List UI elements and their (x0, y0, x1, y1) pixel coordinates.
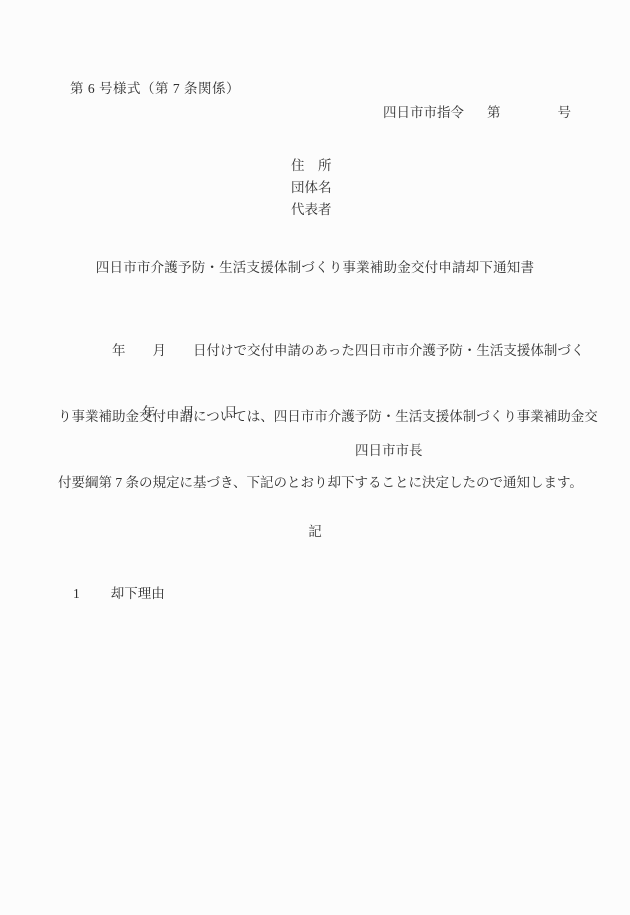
body-line-2: り事業補助金交付申請については、四日市市介護予防・生活支援体制づくり事業補助金交 (58, 406, 598, 428)
directive-go: 号 (558, 105, 572, 120)
addressee-block: 住 所 団体名 代表者 (291, 155, 332, 221)
mayor-signature: 四日市市長 (355, 439, 423, 459)
reason-number: 1 (73, 586, 80, 601)
body-paragraph: 年 月 日付けで交付申請のあった四日市市介護予防・生活支援体制づく り事業補助金… (58, 296, 598, 538)
rejection-reason-line: 1却下理由 (73, 582, 165, 602)
date-day-label: 日 (224, 405, 238, 420)
directive-dai: 第 (487, 105, 501, 120)
reason-label: 却下理由 (111, 586, 165, 601)
form-number: 第 6 号様式（第 7 条関係） (70, 77, 240, 97)
date-year-label: 年 (142, 405, 156, 420)
directive-number-line: 四日市市指令第号 (383, 101, 571, 121)
addressee-organization-label: 団体名 (291, 177, 332, 199)
document-title: 四日市市介護予防・生活支援体制づくり事業補助金交付申請却下通知書 (0, 256, 630, 276)
date-month-label: 月 (182, 405, 196, 420)
body-line-1: 年 月 日付けで交付申請のあった四日市市介護予防・生活支援体制づく (58, 340, 598, 362)
body-line-3: 付要綱第 7 条の規定に基づき、下記のとおり却下することに決定したので通知します… (58, 472, 598, 494)
issue-date-line: 年月日 (142, 401, 238, 421)
addressee-address-label: 住 所 (291, 155, 332, 177)
ki-marker: 記 (0, 520, 630, 540)
directive-prefix: 四日市市指令 (383, 105, 464, 120)
document-page: 第 6 号様式（第 7 条関係） 四日市市指令第号 住 所 団体名 代表者 四日… (0, 0, 630, 915)
addressee-representative-label: 代表者 (291, 199, 332, 221)
